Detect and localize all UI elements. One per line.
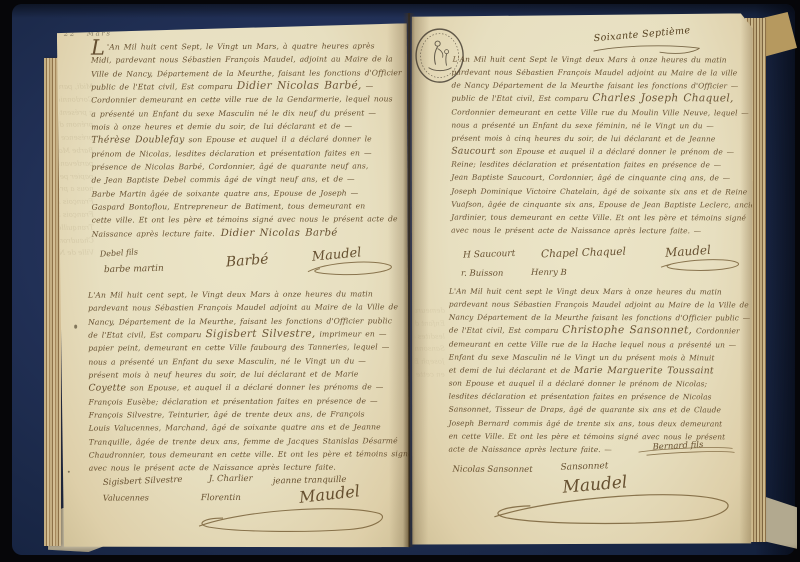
signature-flourish — [486, 491, 738, 530]
manuscript-line: Enfant du sexe Masculin né le Vingt un d… — [449, 350, 749, 364]
ink-blot — [68, 471, 70, 473]
manuscript-line: Naissance après lecture faite.Didier Nic… — [92, 226, 406, 241]
bleed-line: Cordonnier demeurant en cette ville rue … — [59, 93, 93, 106]
birth-act-3: L'An Mil huit cent Sept le Vingt deux Ma… — [451, 53, 747, 238]
signature-henry: Henry B — [531, 268, 567, 278]
bleed-line: en cette Ville. Et ont les père et témoi… — [415, 369, 445, 382]
manuscript-line: Jean Baptiste Saucourt, Cordonnier, âgé … — [451, 171, 747, 185]
manuscript-line: présent mois à cinq heures du soir, de l… — [451, 132, 747, 146]
line-text: son Epouse, et auquel il a déclaré donne… — [126, 383, 383, 393]
manuscript-line: Thérèse Doublefay son Epouse et auquel i… — [91, 133, 405, 148]
manuscript-line: papier peint, demeurant en cette Ville f… — [88, 341, 408, 356]
line-text: imprimeur en — — [316, 329, 387, 338]
manuscript-line: Louis Valucennes, Marchand, âgé de soixa… — [89, 421, 409, 436]
line-text: Naissance après lecture faite. — [92, 229, 215, 239]
birth-act-1: L'An Mil huit cent Sept, le Vingt un Mar… — [91, 39, 406, 241]
bleed-line: prénom de Nicolas, lesdites déclaration … — [59, 119, 93, 132]
bleed-line: Sansonnet, Tisseur de Draps, âgé de quar… — [415, 343, 445, 356]
manuscript-line: a présenté un Enfant du sexe Masculin né… — [91, 106, 405, 121]
mother-name: Coyette — [88, 383, 126, 394]
manuscript-line: Joseph Bernard commis âgé de trente six … — [449, 416, 749, 430]
birth-act-2: L'An Mil huit cent sept, le Vingt deux M… — [88, 287, 409, 475]
line-text: L'An Mil huit cent Sept le Vingt deux Ma… — [453, 55, 727, 65]
manuscript-line: présent mois à neuf heures du soir, de l… — [88, 367, 408, 382]
line-text: Cordonnier — [692, 327, 739, 336]
bleed-line: papier peint, demeurant en cette Ville f… — [59, 170, 93, 183]
signature-silvestre: Sigisbert Silvestre — [103, 475, 183, 488]
line-text: de l'Etat civil, Est comparu — [88, 330, 205, 340]
bleed-line: François Eusèbe; déclaration et présenta… — [60, 196, 94, 209]
signature-flourish — [193, 505, 389, 536]
manuscript-line: de Nancy Département de la Meurthe faisa… — [451, 79, 747, 93]
manuscript-line: Cordonnier demeurant en cette ville rue … — [91, 93, 405, 108]
manuscript-line: Nancy Département de la Meurthe faisant … — [449, 311, 749, 325]
bleed-line: demeurant en cette Ville rue de la Hache… — [415, 305, 445, 318]
manuscript-line: en cette Ville. Et ont les père et témoi… — [449, 429, 749, 443]
manuscript-line: L'An Mil huit cent Sept le Vingt deux Ma… — [452, 53, 748, 67]
register-photo: 22 Mars Midi, pardevant nous Sébastien F… — [0, 0, 800, 562]
line-text: son Epouse et auquel il a déclaré donner… — [185, 135, 372, 145]
manuscript-line: Cordonnier demeurant en cette Ville rue … — [451, 105, 747, 119]
book-gutter — [403, 13, 415, 547]
bleed-line: Midi, pardevant nous Sébastien François … — [59, 81, 93, 94]
bleed-line: a présenté un Enfant du sexe Masculin né… — [59, 106, 93, 119]
manuscript-line: Tranquille, âgée de trente deux ans, fem… — [89, 434, 409, 449]
mother-name: Thérèse Doublefay — [91, 135, 184, 146]
manuscript-line: cette ville. Et ont les père et témoins … — [92, 213, 406, 228]
line-text: de l'Etat civil, Est comparu — [449, 326, 562, 335]
manuscript-line: François Eusèbe; déclaration et présenta… — [88, 394, 408, 409]
manuscript-line: public de l'Etat civil, Est comparu Didi… — [91, 79, 405, 94]
bleed-line: Chaudronnier, tous demeurant en cette vi… — [60, 234, 94, 247]
manuscript-line: Joseph Dominique Victoire Chatelain, âgé… — [451, 184, 747, 198]
bleed-line: présence de Nicolas Barbé, Cordonnier, â… — [59, 132, 93, 145]
line-text: — — [362, 81, 374, 90]
signature-chapel-chaquel: Chapel Chaquel — [541, 246, 626, 261]
comparant-name: Charles Joseph Chaquel, — [592, 92, 733, 104]
signature-buisson: r. Buisson — [461, 269, 503, 279]
manuscript-line: demeurant en cette Ville rue de la Hache… — [449, 337, 749, 351]
signature-father-inline: Didier Nicolas Barbé — [221, 227, 338, 239]
bleed-line: Tranquille, âgée de trente deux ans, fem… — [60, 221, 94, 234]
line-text: public de l'Etat civil, Est comparu — [91, 82, 237, 92]
manuscript-line: nous a présenté un Enfant du sexe fémini… — [451, 118, 747, 132]
manuscript-line: et demi de lui déclarant et de Marie Mar… — [449, 364, 749, 378]
manuscript-line: Sansonnet, Tisseur de Draps, âgé de quar… — [449, 403, 749, 417]
manuscript-line: Chaudronnier, tous demeurant en cette vi… — [89, 447, 409, 462]
mother-name: Marie Marguerite Toussaint — [574, 365, 714, 376]
manuscript-line: Ville de Nancy, Département de la Meurth… — [91, 66, 405, 81]
line-text: 'An Mil huit cent Sept, le Vingt un Mars… — [107, 41, 375, 51]
bleed-line: François Silvestre, Teinturier, âgé de t… — [60, 209, 94, 222]
manuscript-line: Gaspard Bontoflou, Entrepreneur de Batim… — [92, 199, 406, 214]
manuscript-line: présence de Nicolas Barbé, Cordonnier, â… — [91, 159, 405, 174]
bleed-line: Barbe Martin âgée de soixante quatre ans… — [59, 145, 93, 158]
bleed-line: lesdites déclaration et présentation fai… — [415, 330, 445, 343]
folio-number-annotation: Soixante Septième — [593, 25, 691, 44]
manuscript-line: prénom de Nicolas, lesdites déclaration … — [91, 146, 405, 161]
bleed-line: nous a présenté un Enfant du sexe Mascul… — [60, 183, 94, 196]
manuscript-line: nous a présenté un Enfant du sexe Mascul… — [88, 354, 408, 369]
manuscript-line: mois à onze heures et demie du soir, de … — [91, 119, 405, 134]
signature-saucourt: H Saucourt — [463, 249, 516, 261]
manuscript-line: Coyette son Epouse, et auquel il a décla… — [88, 381, 408, 396]
manuscript-line: pardevant nous Sébastien François Maudel… — [452, 66, 748, 80]
mother-name: Saucourt — [451, 146, 495, 157]
manuscript-line: Reine; lesdites déclaration et présentat… — [451, 158, 747, 172]
manuscript-line: de Jean Baptiste Debel commis âgé de vin… — [92, 173, 406, 188]
birth-act-4: L'An Mil huit cent sept le Vingt deux Ma… — [449, 285, 749, 457]
signature-flourish — [637, 443, 737, 457]
comparant-name: Sigisbert Silvestre, — [205, 328, 315, 340]
bleed-line: Joseph Bernard commis âgé de trente six … — [415, 356, 445, 369]
signature-barbe-martin: barbe martin — [104, 264, 164, 275]
bleed-line: Enfant du sexe Masculin né le Vingt un d… — [415, 317, 445, 330]
signature-debel: Debel fils — [100, 247, 139, 258]
signature-flourish — [657, 257, 747, 273]
manuscript-line: Vuafson, âgée de cinquante six ans, Epou… — [451, 197, 747, 211]
signature-nicolas-sansonnet: Nicolas Sansonnet — [452, 465, 532, 475]
manuscript-line: Nancy, Département de la Meurthe, faisan… — [88, 314, 408, 329]
bleed-line: pardevant nous Sébastien François Maudel… — [59, 157, 93, 170]
comparant-name: Didier Nicolas Barbé, — [237, 79, 362, 92]
manuscript-line: avec nous le présent acte de Naissance a… — [451, 224, 747, 238]
manuscript-line: L'An Mil huit cent Sept, le Vingt un Mar… — [91, 39, 405, 54]
manuscript-line: de l'Etat civil, Est comparu Sigisbert S… — [88, 327, 408, 342]
manuscript-line: Barbe Martin âgée de soixante quatre ans… — [92, 186, 406, 201]
line-text: son Epouse et auquel il a déclaré donner… — [496, 147, 734, 157]
manuscript-line: François Silvestre, Teinturier, âgé de t… — [89, 407, 409, 422]
manuscript-line: Midi, pardevant nous Sébastien François … — [91, 53, 405, 68]
manuscript-line: L'An Mil huit cent sept le Vingt deux Ma… — [449, 285, 749, 299]
manuscript-line: L'An Mil huit cent sept, le Vingt deux M… — [88, 287, 408, 302]
manuscript-line: Jardinier, tous demeurant en cette Ville… — [451, 211, 747, 225]
signature-barbe: Barbé — [225, 251, 269, 270]
right-page: Soixante Septième demeurant en cette Vil… — [410, 13, 752, 546]
comparant-name: Christophe Sansonnet, — [562, 324, 692, 336]
manuscript-line: public de l'Etat civil, Est comparu Char… — [451, 92, 747, 106]
manuscript-line: pardevant nous Sébastien François Maudel… — [449, 298, 749, 312]
bleed-line: Ville de Nancy, Département de la Meurth… — [60, 247, 94, 260]
signature-florentin: Florentin — [201, 493, 241, 503]
signature-charlier: J. Charlier — [209, 474, 253, 484]
ink-blot — [74, 325, 77, 329]
left-page: 22 Mars Midi, pardevant nous Sébastien F… — [57, 23, 409, 549]
line-text: et demi de lui déclarant et de — [449, 366, 574, 375]
manuscript-line: pardevant nous Sébastien François Maudel… — [88, 301, 408, 316]
line-text: public de l'Etat civil, Est comparu — [451, 94, 592, 103]
ink-bleedthrough: demeurant en cette Ville rue de la Hache… — [414, 305, 444, 475]
manuscript-line: de l'Etat civil, Est comparu Christophe … — [449, 324, 749, 338]
manuscript-line: Saucourt son Epouse et auquel il a décla… — [451, 145, 747, 159]
signature-flourish — [304, 259, 400, 277]
signature-valucennes: Valucennes — [103, 493, 149, 502]
manuscript-line: son Epouse et auquel il a déclaré donner… — [449, 377, 749, 391]
signature-sansonnet: Sansonnet — [560, 461, 608, 473]
manuscript-line: lesdites déclaration et présentation fai… — [449, 390, 749, 404]
